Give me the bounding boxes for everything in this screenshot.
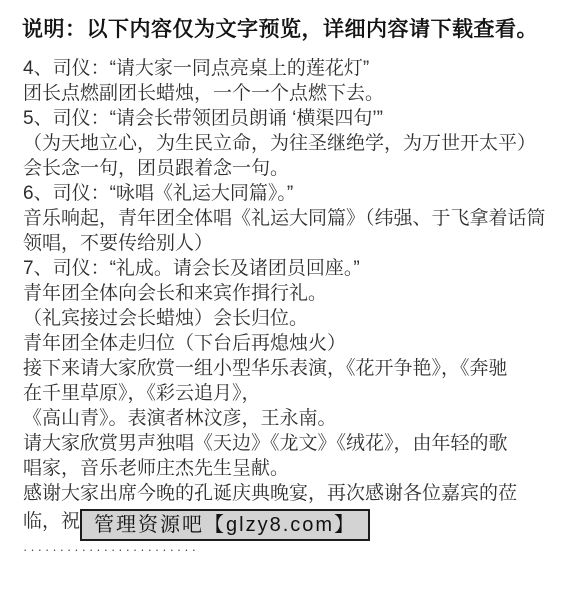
preview-line-10: 青年团全体向会长和来宾作揖行礼。	[23, 281, 546, 306]
preview-last-line: 临，祝 管理资源吧【glzy8.com】	[23, 509, 546, 543]
preview-line-2: 团长点燃副团长蜡烛，一个一个点燃下去。	[23, 81, 546, 106]
preview-line-12: 青年团全体走归位（下台后再熄烛火）	[23, 331, 546, 356]
preview-line-7: 音乐响起，青年团全体唱《礼运大同篇》（纬强、于飞拿着话筒	[23, 206, 546, 231]
preview-line-17: 唱家，音乐老师庄杰先生呈献。	[23, 456, 546, 481]
preview-line-15: 《高山青》。表演者林汶彦，王永南。	[23, 406, 546, 431]
preview-line-19: 临，祝	[23, 509, 80, 534]
preview-line-1: 4、司仪：“请大家一同点亮桌上的莲花灯”	[23, 56, 546, 81]
watermark-badge: 管理资源吧【glzy8.com】	[80, 509, 370, 541]
preview-line-8: 领唱，不要传给别人）	[23, 231, 546, 256]
preview-line-4: （为天地立心，为生民立命，为往圣继绝学，为万世开太平）	[23, 131, 546, 156]
dotted-separator: ························	[23, 545, 546, 555]
preview-line-11: （礼宾接过会长蜡烛）会长归位。	[23, 306, 546, 331]
preview-content: 4、司仪：“请大家一同点亮桌上的莲花灯” 团长点燃副团长蜡烛，一个一个点燃下去。…	[23, 56, 546, 555]
preview-line-14: 在千里草原》，《彩云追月》，	[23, 381, 546, 406]
preview-line-3: 5、司仪：“请会长带领团员朗诵 ‘横渠四句’”	[23, 106, 546, 131]
preview-notice: 说明：以下内容仅为文字预览，详细内容请下载查看。	[22, 13, 538, 43]
preview-line-9: 7、司仪：“礼成。请会长及诸团员回座。”	[23, 256, 546, 281]
preview-line-5: 会长念一句，团员跟着念一句。	[23, 156, 546, 181]
preview-line-18: 感谢大家出席今晚的孔诞庆典晚宴，再次感谢各位嘉宾的莅	[23, 481, 546, 506]
preview-line-6: 6、司仪：“咏唱《礼运大同篇》。”	[23, 181, 546, 206]
document-preview-page: 说明：以下内容仅为文字预览，详细内容请下载查看。 4、司仪：“请大家一同点亮桌上…	[0, 0, 578, 600]
preview-line-16: 请大家欣赏男声独唱《天边》《龙文》《绒花》，由年轻的歌	[23, 431, 546, 456]
preview-line-13: 接下来请大家欣赏一组小型华乐表演，《花开争艳》，《奔驰	[23, 356, 546, 381]
